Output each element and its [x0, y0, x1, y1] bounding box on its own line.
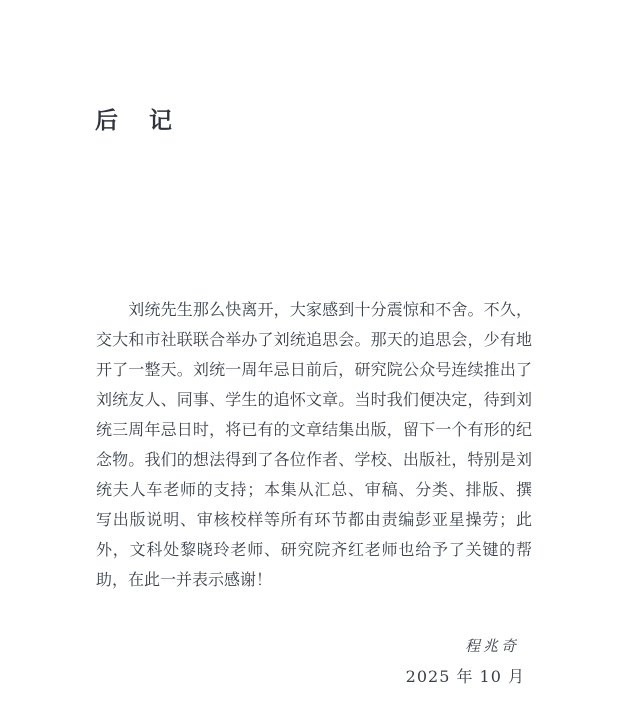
paragraph-line: 念物。我们的想法得到了各位作者、学校、出版社，特别是刘 [96, 445, 532, 475]
paragraph-line: 助，在此一并表示感谢！ [96, 565, 532, 595]
paragraph-line: 交大和市社联联合举办了刘统追思会。那天的追思会，少有地 [96, 325, 532, 355]
publication-date: 2025 年 10 月 [406, 664, 525, 687]
document-page: 后 记 刘统先生那么快离开，大家感到十分震惊和不舍。不久， 交大和市社联联合举办… [0, 0, 617, 702]
afterword-paragraph: 刘统先生那么快离开，大家感到十分震惊和不舍。不久， 交大和市社联联合举办了刘统追… [96, 295, 532, 595]
paragraph-line: 刘统友人、同事、学生的追怀文章。当时我们便决定，待到刘 [96, 385, 532, 415]
paragraph-line: 写出版说明、审核校样等所有环节都由责编彭亚星操劳；此 [96, 505, 532, 535]
paragraph-line: 外，文科处黎晓玲老师、研究院齐红老师也给予了关键的帮 [96, 535, 532, 565]
paragraph-line: 刘统先生那么快离开，大家感到十分震惊和不舍。不久， [96, 295, 532, 325]
paragraph-line: 统三周年忌日时，将已有的文章结集出版，留下一个有形的纪 [96, 415, 532, 445]
paragraph-line: 统夫人车老师的支持；本集从汇总、审稿、分类、排版、撰 [96, 475, 532, 505]
paragraph-line: 开了一整天。刘统一周年忌日前后，研究院公众号连续推出了 [96, 355, 532, 385]
author-signature: 程兆奇 [465, 635, 519, 656]
afterword-title: 后 记 [95, 107, 176, 135]
